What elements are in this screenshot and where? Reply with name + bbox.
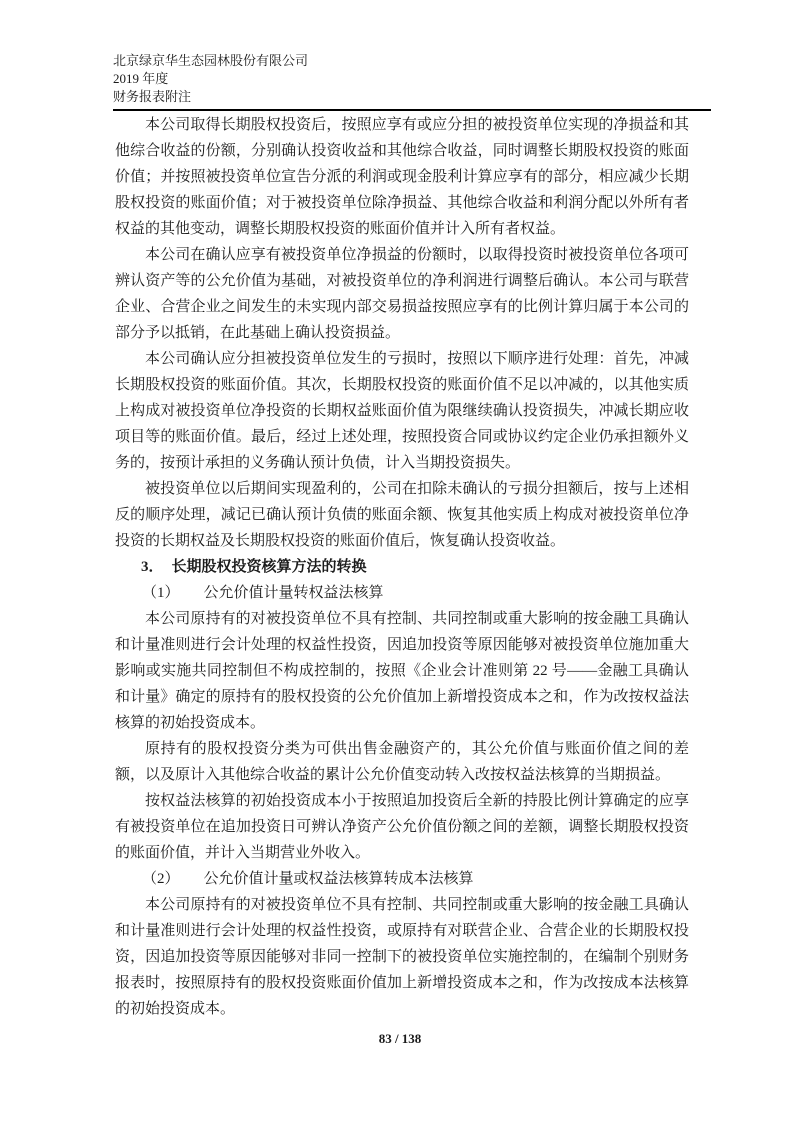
subsection-heading-number: （2） (142, 871, 180, 887)
document-body: 本公司取得长期股权投资后，按照应享有或应分担的被投资单位实现的净损益和其他综合收… (115, 112, 689, 1022)
header-fiscal-year: 2019 年度 (113, 70, 711, 88)
section-heading: 3．长期股权投资核算方法的转换 (115, 554, 689, 580)
subsection-heading-text: 公允价值计量或权益法核算转成本法核算 (204, 871, 474, 887)
paragraph: 按权益法核算的初始投资成本小于按照追加投资后全新的持股比例计算确定的应享有被投资… (115, 788, 689, 866)
paragraph: 本公司取得长期股权投资后，按照应享有或应分担的被投资单位实现的净损益和其他综合收… (115, 112, 689, 242)
paragraph: 本公司确认应分担被投资单位发生的亏损时，按照以下顺序进行处理：首先，冲减长期股权… (115, 346, 689, 476)
section-heading-number: 3． (141, 559, 164, 575)
header-document-title: 财务报表附注 (113, 88, 711, 106)
paragraph: 本公司原持有的对被投资单位不具有控制、共同控制或重大影响的按金融工具确认和计量准… (115, 892, 689, 1022)
subsection-heading-number: （1） (142, 585, 180, 601)
subsection-heading: （1）公允价值计量转权益法核算 (115, 580, 689, 606)
page-number: 83 / 138 (0, 1031, 800, 1047)
paragraph: 被投资单位以后期间实现盈利的，公司在扣除未确认的亏损分担额后，按与上述相反的顺序… (115, 476, 689, 554)
paragraph: 本公司原持有的对被投资单位不具有控制、共同控制或重大影响的按金融工具确认和计量准… (115, 606, 689, 736)
header-company-name: 北京绿京华生态园林股份有限公司 (113, 52, 711, 70)
subsection-heading-text: 公允价值计量转权益法核算 (204, 585, 384, 601)
paragraph: 原持有的股权投资分类为可供出售金融资产的，其公允价值与账面价值之间的差额，以及原… (115, 736, 689, 788)
subsection-heading: （2）公允价值计量或权益法核算转成本法核算 (115, 866, 689, 892)
document-header: 北京绿京华生态园林股份有限公司 2019 年度 财务报表附注 (113, 52, 711, 111)
document-page: 北京绿京华生态园林股份有限公司 2019 年度 财务报表附注 本公司取得长期股权… (0, 0, 800, 1130)
paragraph: 本公司在确认应享有被投资单位净损益的份额时，以取得投资时被投资单位各项可辨认资产… (115, 242, 689, 346)
section-heading-text: 长期股权投资核算方法的转换 (172, 559, 367, 575)
